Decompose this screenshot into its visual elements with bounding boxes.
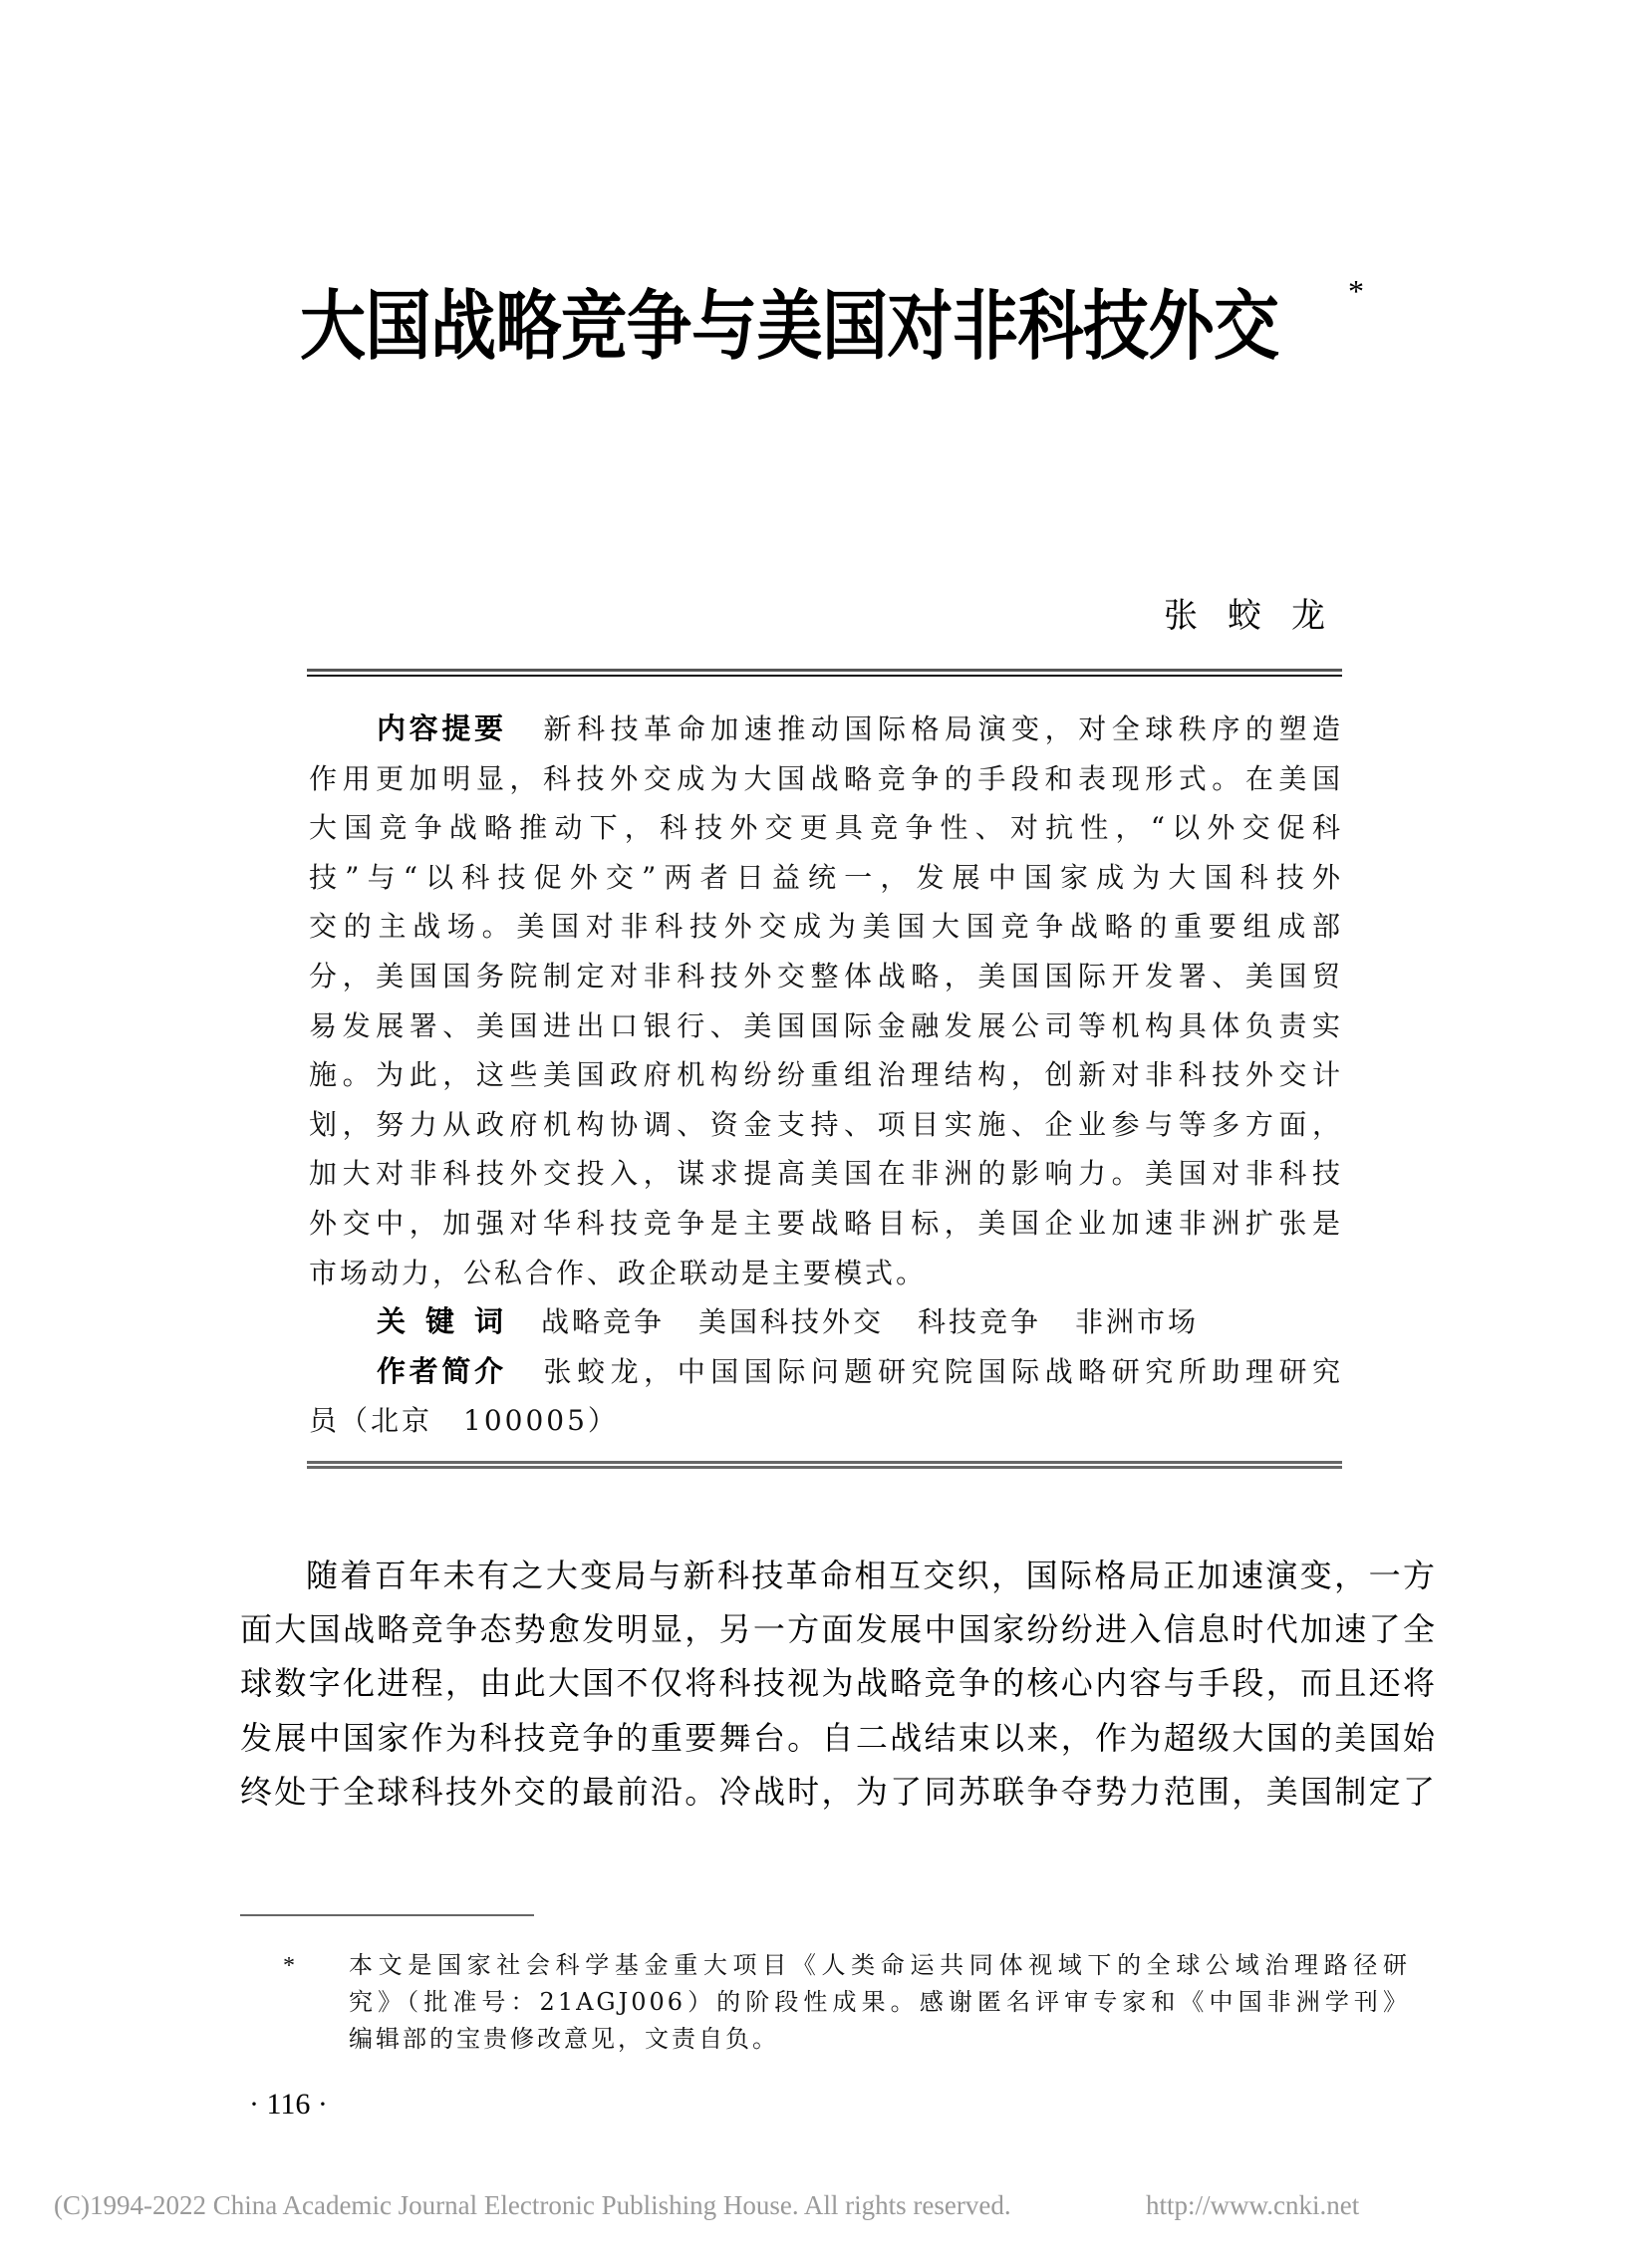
abstract-line: 交的主战场。美国对非科技外交成为美国大国竞争战略的重要组成部 xyxy=(309,902,1343,952)
abstract-text: 新科技革命加速推动国际格局演变，对全球秩序的塑造 xyxy=(541,712,1343,745)
keywords-line: 关 键 词战略竞争美国科技外交科技竞争非洲市场 xyxy=(309,1297,1343,1347)
abstract-label: 内容提要 xyxy=(377,705,503,754)
footnote-mark: * xyxy=(283,1948,295,1985)
abstract-line: 外交中，加强对华科技竞争是主要战略目标，美国企业加速非洲扩张是 xyxy=(309,1199,1343,1249)
abstract-top-rule-inner xyxy=(307,675,1342,677)
body-line: 球数字化进程，由此大国不仅将科技视为战略竞争的核心内容与手段，而且还将 xyxy=(240,1656,1436,1710)
keyword[interactable]: 美国科技外交 xyxy=(698,1305,884,1338)
author-bio-label: 作者简介 xyxy=(377,1347,503,1397)
abstract-line: 分，美国国务院制定对非科技外交整体战略，美国国际开发署、美国贸 xyxy=(309,952,1343,1001)
keyword[interactable]: 科技竞争 xyxy=(918,1305,1041,1338)
page-number: · 116 · xyxy=(249,2090,328,2120)
body-line: 随着百年未有之大变局与新科技革命相互交织，国际格局正加速演变，一方 xyxy=(240,1549,1436,1602)
keywords-label: 关 键 词 xyxy=(377,1297,503,1347)
author-bio-line: 作者简介张蛟龙，中国国际问题研究院国际战略研究所助理研究 xyxy=(309,1347,1343,1397)
abstract-line: 技”与“以科技促外交”两者日益统一，发展中国家成为大国科技外 xyxy=(309,853,1343,903)
author-name: 张蛟龙 xyxy=(1164,596,1355,636)
abstract-block: 内容提要新科技革命加速推动国际格局演变，对全球秩序的塑造 作用更加明显，科技外交… xyxy=(309,705,1343,1446)
abstract-line: 加大对非科技外交投入，谋求提高美国在非洲的影响力。美国对非科技 xyxy=(309,1149,1343,1199)
body-paragraph: 随着百年未有之大变局与新科技革命相互交织，国际格局正加速演变，一方 面大国战略竞… xyxy=(240,1549,1436,1819)
footnote-line: 究》（批准号：21AGJ006）的阶段性成果。感谢匿名评审专家和《中国非洲学刊》 xyxy=(349,1984,1410,2021)
footnote: 本文是国家社会科学基金重大项目《人类命运共同体视域下的全球公域治理路径研 究》（… xyxy=(349,1947,1410,2058)
abstract-top-rule xyxy=(307,669,1342,672)
abstract-line: 施。为此，这些美国政府机构纷纷重组治理结构，创新对非科技外交计 xyxy=(309,1050,1343,1100)
abstract-bottom-rule xyxy=(307,1461,1342,1464)
author-bio-line: 员（北京 100005） xyxy=(309,1396,1343,1446)
footnote-separator xyxy=(240,1914,534,1916)
abstract-line: 内容提要新科技革命加速推动国际格局演变，对全球秩序的塑造 xyxy=(309,705,1343,754)
abstract-bottom-rule-inner xyxy=(307,1466,1342,1469)
abstract-line: 市场动力，公私合作、政企联动是主要模式。 xyxy=(309,1249,1343,1298)
keyword[interactable]: 非洲市场 xyxy=(1075,1305,1199,1338)
copyright-notice: (C)1994-2022 China Academic Journal Elec… xyxy=(54,2190,1011,2220)
body-line: 面大国战略竞争态势愈发明显，另一方面发展中国家纷纷进入信息时代加速了全 xyxy=(240,1602,1436,1656)
abstract-line: 大国竞争战略推动下，科技外交更具竞争性、对抗性，“以外交促科 xyxy=(309,803,1343,853)
abstract-line: 作用更加明显，科技外交成为大国战略竞争的手段和表现形式。在美国 xyxy=(309,754,1343,804)
site-link[interactable]: http://www.cnki.net xyxy=(1146,2190,1359,2220)
author-bio-text: 张蛟龙，中国国际问题研究院国际战略研究所助理研究 xyxy=(541,1355,1343,1388)
article-title: 大国战略竞争与美国对非科技外交 xyxy=(300,288,1279,364)
footnote-line: 编辑部的宝贵修改意见，文责自负。 xyxy=(349,2021,1410,2058)
abstract-line: 划，努力从政府机构协调、资金支持、项目实施、企业参与等多方面， xyxy=(309,1100,1343,1150)
title-footnote-mark[interactable]: * xyxy=(1348,275,1364,307)
abstract-line: 易发展署、美国进出口银行、美国国际金融发展公司等机构具体负责实 xyxy=(309,1001,1343,1051)
body-line: 终处于全球科技外交的最前沿。冷战时，为了同苏联争夺势力范围，美国制定了 xyxy=(240,1765,1436,1819)
footnote-line: 本文是国家社会科学基金重大项目《人类命运共同体视域下的全球公域治理路径研 xyxy=(349,1947,1410,1984)
body-line: 发展中国家作为科技竞争的重要舞台。自二战结束以来，作为超级大国的美国始 xyxy=(240,1711,1436,1765)
keyword[interactable]: 战略竞争 xyxy=(541,1305,665,1338)
